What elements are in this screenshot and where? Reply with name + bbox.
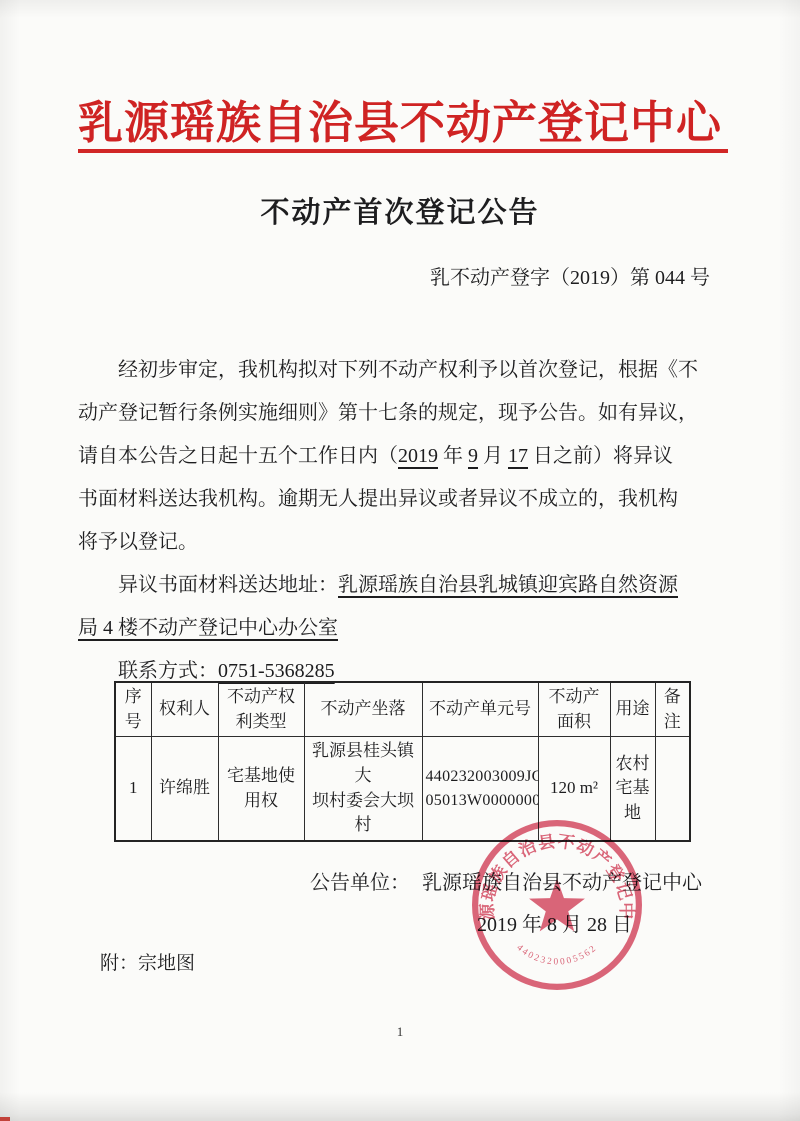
text-segment: 年 xyxy=(438,445,468,467)
table-header-cell: 序号 xyxy=(115,682,151,737)
svg-text:4402320005562: 4402320005562 xyxy=(514,943,599,968)
body-line: 经初步审定，我机构拟对下列不动产权利予以首次登记，根据《不 xyxy=(78,349,730,392)
table-cell xyxy=(655,737,690,841)
table-header-cell: 不动产坐落 xyxy=(304,682,422,737)
org-title: 乳源瑶族自治县不动产登记中心 xyxy=(0,86,800,151)
table-cell: 1 xyxy=(115,737,151,841)
body-line: 动产登记暂行条例实施细则》第十七条的规定，现予公告。如有异议， xyxy=(78,392,730,435)
underlined-text: 2019 xyxy=(398,445,438,467)
table-header-cell: 不动产面积 xyxy=(538,682,610,737)
official-seal-stamp: 乳源瑶族自治县不动产登记中心 4402320005562 xyxy=(468,816,646,994)
table-cell: 宅基地使用权 xyxy=(218,737,304,841)
page-number: 1 xyxy=(0,1024,800,1040)
underlined-text: 17 xyxy=(508,445,528,467)
text-segment: 月 xyxy=(478,445,508,467)
underlined-text: 局 4 楼不动产登记中心办公室 xyxy=(78,617,338,639)
text-segment: 日之前）将异议 xyxy=(528,445,673,467)
text-segment: 书面材料送达我机构。逾期无人提出异议或者异议不成立的，我机构 xyxy=(78,488,678,510)
title-rule xyxy=(78,149,728,153)
table-header-cell: 备注 xyxy=(655,682,690,737)
table-header-cell: 用途 xyxy=(610,682,655,737)
text-segment: 经初步审定，我机构拟对下列不动产权利予以首次登记，根据《不 xyxy=(118,359,698,381)
scan-edge-artifact xyxy=(0,1117,10,1121)
table-header-cell: 不动产单元号 xyxy=(422,682,538,737)
underlined-text: 9 xyxy=(468,445,478,467)
body-line: 局 4 楼不动产登记中心办公室 xyxy=(78,607,730,650)
text-segment: 将予以登记。 xyxy=(78,531,198,553)
seal-star-icon xyxy=(529,878,585,931)
body-line: 书面材料送达我机构。逾期无人提出异议或者异议不成立的，我机构 xyxy=(78,478,730,521)
table-header-cell: 权利人 xyxy=(151,682,218,737)
seal-code-text: 4402320005562 xyxy=(514,943,599,968)
attachment-note: 附：宗地图 xyxy=(100,948,195,975)
table-cell: 许绵胜 xyxy=(151,737,218,841)
underlined-text: 乳源瑶族自治县乳城镇迎宾路自然资源 xyxy=(338,574,678,596)
body-line: 请自本公告之日起十五个工作日内（2019 年 9 月 17 日之前）将异议 xyxy=(78,435,730,478)
text-segment: 动产登记暂行条例实施细则》第十七条的规定，现予公告。如有异议， xyxy=(78,402,698,424)
announce-label: 公告单位： xyxy=(310,866,410,895)
table-header-cell: 不动产权利类型 xyxy=(218,682,304,737)
body-line: 将予以登记。 xyxy=(78,521,730,564)
body-line: 异议书面材料送达地址：乳源瑶族自治县乳城镇迎宾路自然资源 xyxy=(78,564,730,607)
table-header-row: 序号权利人不动产权利类型不动产坐落不动产单元号不动产面积用途备注 xyxy=(115,682,690,737)
table-cell: 乳源县桂头镇大 坝村委会大坝村 xyxy=(304,737,422,841)
text-segment: 异议书面材料送达地址： xyxy=(118,574,338,596)
doc-title: 不动产首次登记公告 xyxy=(0,190,800,231)
body-text: 经初步审定，我机构拟对下列不动产权利予以首次登记，根据《不动产登记暂行条例实施细… xyxy=(78,349,730,693)
text-segment: 请自本公告之日起十五个工作日内（ xyxy=(78,445,398,467)
document-page: 乳源瑶族自治县不动产登记中心 不动产首次登记公告 乳不动产登字（2019）第 0… xyxy=(0,0,800,1121)
underlined-text: 0751-5368285 xyxy=(218,660,335,682)
doc-number: 乳不动产登字（2019）第 044 号 xyxy=(430,261,710,290)
text-segment: 联系方式： xyxy=(118,660,218,682)
